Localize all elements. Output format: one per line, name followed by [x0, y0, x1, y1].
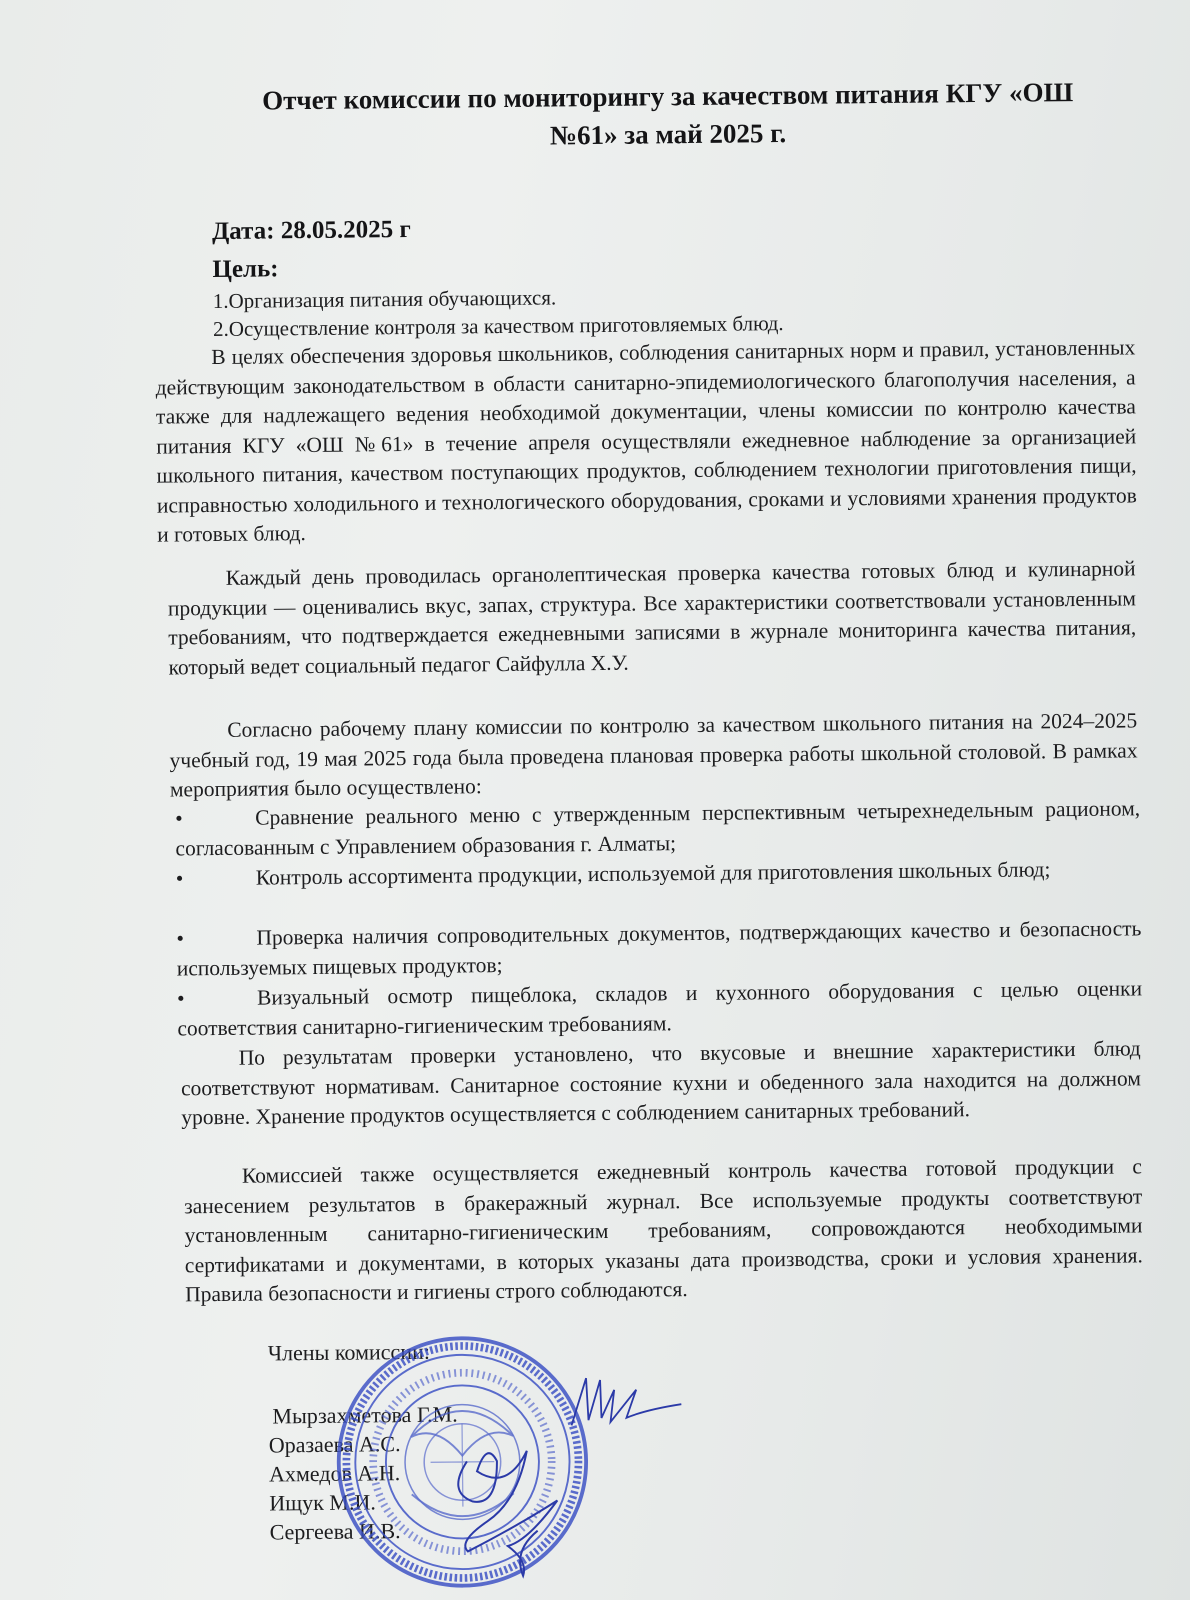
bullet-icon: •	[177, 984, 257, 1014]
document-title: Отчет комиссии по мониторингу за качеств…	[192, 72, 1143, 158]
paragraph-daily-control: Комиссией также осуществляется ежедневны…	[184, 1152, 1143, 1310]
bullet-item: •Сравнение реального меню с утвержденным…	[175, 794, 1141, 863]
signature-icon	[427, 1430, 589, 1582]
goals-list: 1.Организация питания обучающихся. 2.Осу…	[213, 281, 784, 343]
document-page: Отчет комиссии по мониторингу за качеств…	[0, 0, 1190, 1600]
bullet-item: •Проверка наличия сопроводительных докум…	[176, 914, 1142, 983]
bullet-icon: •	[176, 924, 256, 954]
bullet-item: •Визуальный осмотр пищеблока, складов и …	[177, 974, 1143, 1043]
paragraph-results: По результатам проверки установлено, что…	[181, 1034, 1142, 1133]
goal-heading: Цель:	[212, 255, 278, 284]
bullet-icon: •	[175, 804, 255, 834]
paragraph-daily-check: Каждый день проводилась органолептическа…	[168, 554, 1137, 682]
report-date: Дата: 28.05.2025 г	[212, 216, 411, 246]
bullet-icon: •	[176, 864, 256, 894]
paragraph-intro: В целях обеспечения здоровья школьников,…	[155, 333, 1137, 550]
paragraph-plan: Согласно рабочему плану комиссии по конт…	[169, 706, 1138, 805]
